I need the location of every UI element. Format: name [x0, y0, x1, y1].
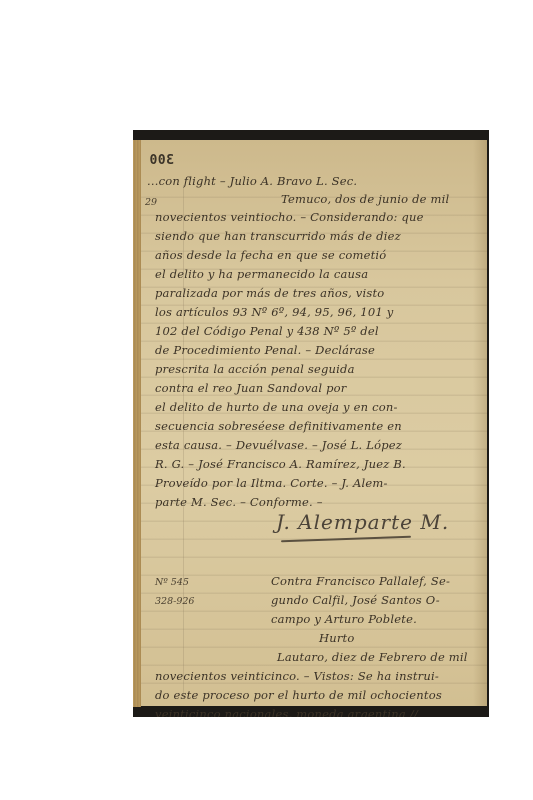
entry1-line-10: prescrita la acción penal seguida: [155, 362, 355, 376]
document-photo: 300 ...con flight – Julio A. Bravo L. Se…: [133, 130, 489, 717]
entry2-heading-2: campo y Arturo Poblete.: [271, 612, 417, 626]
entry2-margin-ref: 328-926: [155, 596, 194, 607]
entry1-line-15: R. G. – José Francisco A. Ramírez, Juez …: [155, 457, 406, 471]
entry1-line-3: siendo que han transcurrido más de diez: [155, 229, 401, 243]
page-number: 300: [149, 153, 174, 168]
entry1-line-14: esta causa. – Devuélvase. – José L. Lópe…: [155, 438, 402, 452]
entry2-body-3: veinticinco nacionales, moneda argentina…: [155, 707, 418, 717]
entry1-line-11: contra el reo Juan Sandoval por: [155, 381, 346, 395]
entry1-line-6: paralizada por más de tres años, visto: [155, 286, 384, 300]
signature: J. Alemparte M.: [276, 510, 449, 534]
entry2-margin-number: Nº 545: [155, 577, 189, 588]
entry1-line-16: Proveído por la Iltma. Corte. – J. Alem-: [155, 476, 388, 490]
entry2-heading-0: Contra Francisco Pallalef, Se-: [271, 574, 450, 588]
entry2-heading-1: gundo Calfil, José Santos O-: [271, 593, 440, 607]
entry1-line-8: 102 del Código Penal y 438 Nº 5º del: [155, 324, 379, 338]
entry2-body-0: Lautaro, diez de Febrero de mil: [277, 650, 468, 664]
entry1-line-13: secuencia sobreséese definitivamente en: [155, 419, 402, 433]
entry2-body-2: do este proceso por el hurto de mil ocho…: [155, 688, 442, 702]
entry1-line-4: años desde la fecha en que se cometió: [155, 248, 386, 262]
entry2-heading-3: Hurto: [319, 631, 354, 645]
entry1-line-17: parte M. Sec. – Conforme. –: [155, 495, 323, 509]
entry1-line-5: el delito y ha permanecido la causa: [155, 267, 368, 281]
entry1-line-1: Temuco, dos de junio de mil: [281, 192, 449, 206]
entry1-line-9: de Procedimiento Penal. – Declárase: [155, 343, 375, 357]
entry1-line-0: ...con flight – Julio A. Bravo L. Sec.: [147, 174, 357, 188]
ledger-page: 300 ...con flight – Julio A. Bravo L. Se…: [141, 140, 487, 706]
entry1-line-12: el delito de hurto de una oveja y en con…: [155, 400, 398, 414]
page-edge-stack: [133, 140, 141, 707]
entry1-line-2: novecientos veintiocho. – Considerando: …: [155, 210, 424, 224]
entry1-margin-number: 29: [145, 197, 157, 208]
entry1-line-7: los artículos 93 Nº 6º, 94, 95, 96, 101 …: [155, 305, 393, 319]
entry2-body-1: novecientos veinticinco. – Vistos: Se ha…: [155, 669, 439, 683]
